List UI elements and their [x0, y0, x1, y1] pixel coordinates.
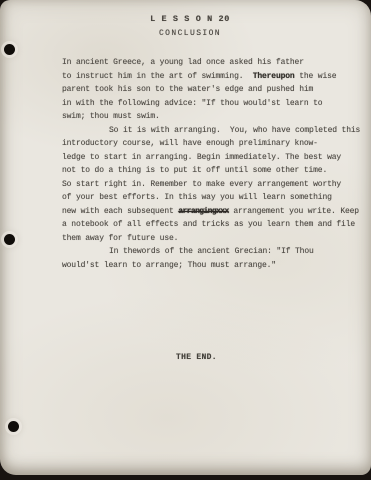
text-line: parent took his son to the water's edge … — [62, 83, 364, 97]
text-segment: arrangement you write. Keep — [229, 207, 359, 216]
text-line: to instruct him in the art of swimming. … — [62, 70, 364, 84]
overstruck-word: arrangingxxx — [178, 207, 228, 216]
bold-word: Thereupon — [253, 72, 295, 81]
text-line: So start right in. Remember to make ever… — [62, 178, 364, 192]
text-line: of your best efforts. In this way you wi… — [62, 191, 364, 205]
text-line: swim; thou must swim. — [62, 110, 364, 124]
text-segment: to instruct him in the art of swimming. — [62, 72, 253, 81]
text-line: a notebook of all effects and tricks as … — [62, 218, 364, 232]
text-segment: new with each subsequent — [62, 207, 178, 216]
lesson-title: L E S S O N 20 — [60, 14, 320, 24]
the-end-label: THE END. — [176, 353, 217, 362]
text-line: new with each subsequent arrangingxxx ar… — [62, 205, 364, 219]
conclusion-subtitle: CONCLUSION — [60, 29, 320, 38]
text-line: introductory course, will have enough pr… — [62, 137, 364, 151]
text-line: In ancient Greece, a young lad once aske… — [62, 56, 364, 70]
punch-hole-top — [4, 44, 15, 55]
text-line: them away for future use. — [62, 232, 364, 246]
text-line: So it is with arranging. You, who have c… — [62, 124, 364, 138]
punch-hole-bottom — [8, 421, 19, 432]
text-line: In thewords of the ancient Grecian: "If … — [62, 245, 364, 259]
document-heading: L E S S O N 20 CONCLUSION — [60, 14, 320, 38]
body-text: In ancient Greece, a young lad once aske… — [62, 56, 364, 272]
text-segment: the wise — [295, 72, 337, 81]
text-line: not to do a thing is to put it off until… — [62, 164, 364, 178]
punch-hole-middle — [4, 234, 15, 245]
scanned-document: L E S S O N 20 CONCLUSION In ancient Gre… — [0, 0, 371, 480]
text-line: would'st learn to arrange; Thou must arr… — [62, 259, 364, 273]
text-line: ledge to start in arranging. Begin immed… — [62, 151, 364, 165]
text-line: in with the following advice: "If thou w… — [62, 97, 364, 111]
paper-page: L E S S O N 20 CONCLUSION In ancient Gre… — [0, 0, 371, 475]
